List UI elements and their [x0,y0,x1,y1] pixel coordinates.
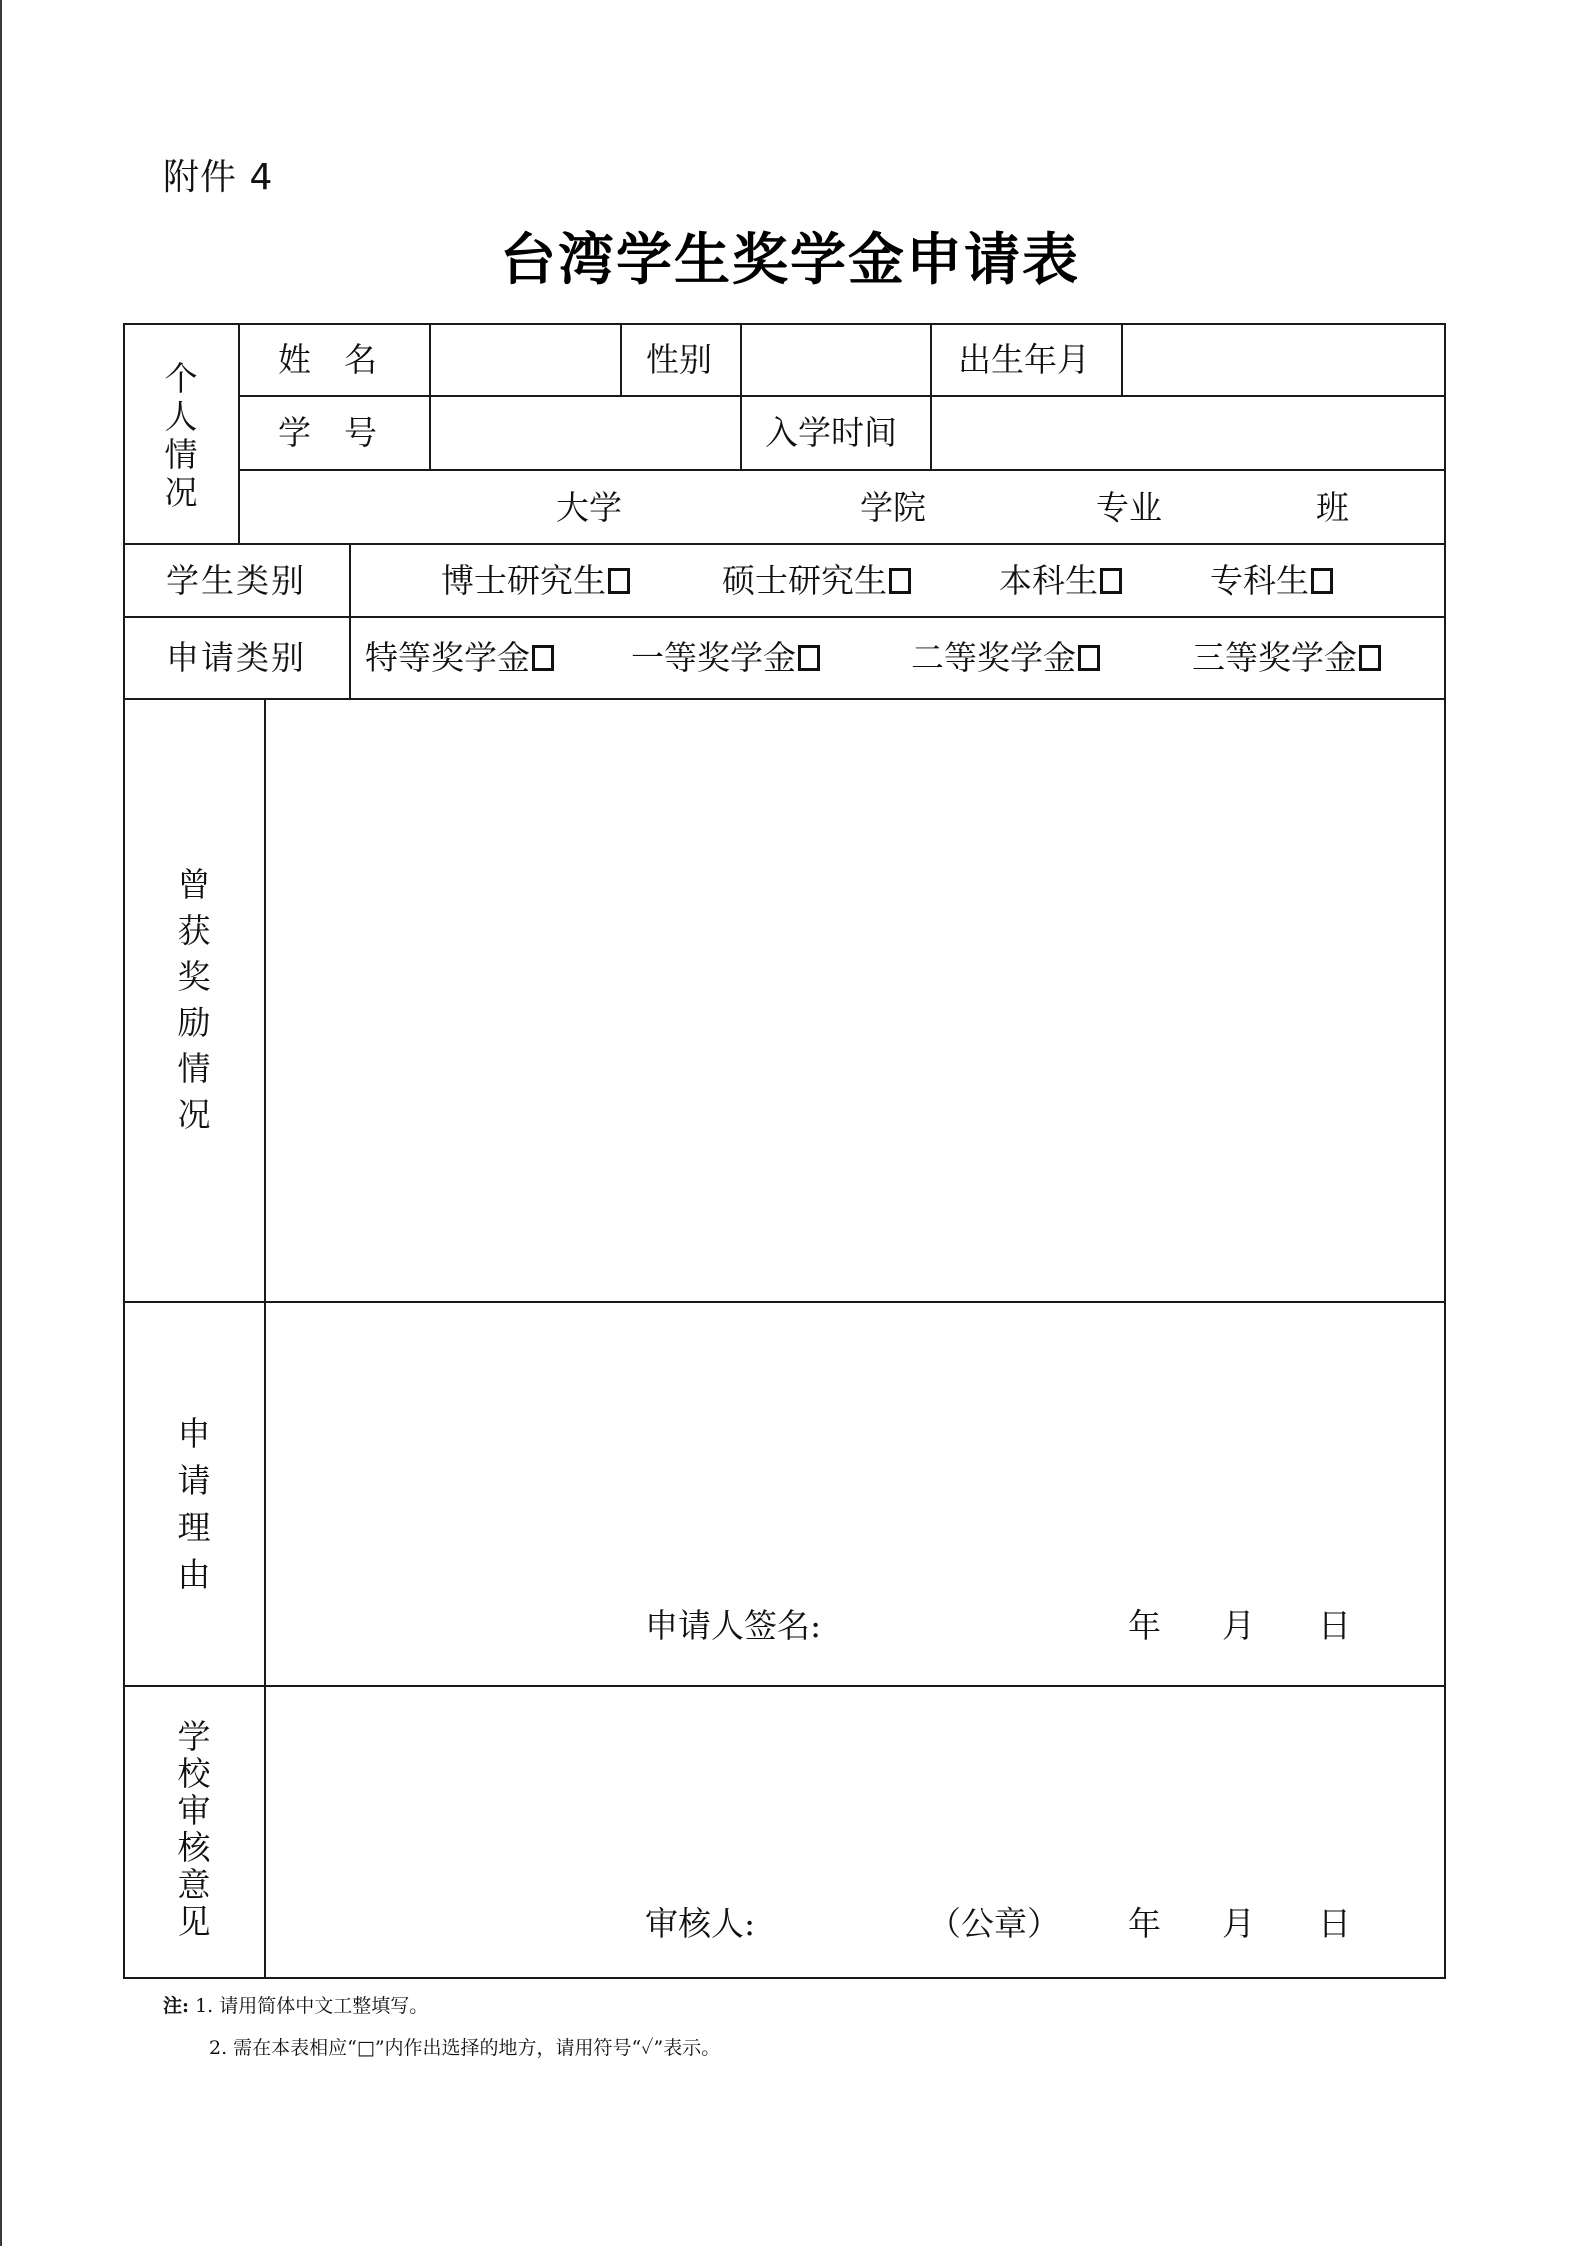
option-label: 硕士研究生 [722,561,887,601]
divider [123,616,1446,618]
label-char: 励 [174,1000,214,1046]
option-label: 本科生 [999,561,1098,601]
reviewer-label: 审核人: [645,1904,755,1944]
option-junior-college[interactable]: 专科生 [1210,561,1333,601]
birth-date-label: 出生年月 [958,340,1090,380]
label-char: 由 [174,1551,214,1598]
review-section-label: 学 校 审 核 意 见 [174,1718,214,1940]
enrollment-date-label: 入学时间 [765,413,897,453]
note-line-2: 2. 需在本表相应“□”内作出选择的地方，请用符号“✓”表示。 [209,2036,720,2060]
birth-date-field[interactable] [1123,325,1443,395]
label-char: 曾 [174,862,214,908]
university-suffix: 大学 [556,488,622,528]
student-category-label: 学生类别 [166,561,306,601]
review-month-label: 月 [1222,1904,1255,1944]
checkbox[interactable] [1078,645,1100,671]
reason-textarea[interactable] [266,1303,1443,1593]
option-first-scholarship[interactable]: 一等奖学金 [631,638,820,678]
label-char: 申 [174,1410,214,1457]
review-day-label: 日 [1318,1904,1351,1944]
label-char: 况 [174,1092,214,1138]
divider [620,323,622,397]
note-line-1: 注: 1. 请用简体中文工整填写。 [163,1994,428,2018]
application-category-label: 申请类别 [166,638,306,678]
note-item: 2. 需在本表相应“□”内作出选择的地方，请用符号“✓”表示。 [209,2037,720,2059]
page-title: 台湾学生奖学金申请表 [470,222,1110,298]
college-suffix: 学院 [860,488,926,528]
applicant-signature-label: 申请人签名: [645,1606,821,1646]
label-char: 获 [174,908,214,954]
awards-section-label: 曾 获 奖 励 情 况 [174,862,214,1138]
option-label: 一等奖学金 [631,638,796,678]
checkbox[interactable] [1359,645,1381,671]
option-label: 专科生 [1210,561,1309,601]
divider [349,543,351,698]
label-char: 意 [174,1866,214,1903]
option-undergraduate[interactable]: 本科生 [999,561,1122,601]
option-masters[interactable]: 硕士研究生 [722,561,911,601]
official-seal-label: （公章） [928,1904,1060,1944]
notes-prefix: 注: [163,1995,189,2017]
divider [123,543,1446,545]
option-label: 博士研究生 [441,561,606,601]
option-doctoral[interactable]: 博士研究生 [441,561,630,601]
reason-year-label: 年 [1128,1606,1161,1646]
student-id-field[interactable] [431,397,739,469]
awards-textarea[interactable] [266,700,1443,1301]
label-char: 奖 [174,954,214,1000]
label-char: 审 [174,1792,214,1829]
label-char: 情 [174,1046,214,1092]
checkbox[interactable] [1311,568,1333,594]
note-item: 1. 请用简体中文工整填写。 [195,1995,428,2017]
option-label: 三等奖学金 [1192,638,1357,678]
option-third-scholarship[interactable]: 三等奖学金 [1192,638,1381,678]
label-char: 学 [174,1718,214,1755]
option-second-scholarship[interactable]: 二等奖学金 [911,638,1100,678]
gender-field[interactable] [742,325,930,395]
name-field[interactable] [431,325,619,395]
checkbox[interactable] [798,645,820,671]
label-char: 人 [161,398,201,436]
checkbox[interactable] [608,568,630,594]
checkbox[interactable] [889,568,911,594]
review-textarea[interactable] [266,1687,1443,1887]
applicant-signature-field[interactable] [830,1600,1110,1650]
review-year-label: 年 [1128,1904,1161,1944]
reason-day-label: 日 [1318,1606,1351,1646]
personal-info-section-label: 个 人 情 况 [161,360,201,512]
checkbox[interactable] [1100,568,1122,594]
class-suffix: 班 [1316,488,1349,528]
affiliation-field[interactable] [240,471,1443,543]
scan-edge [0,0,2,2246]
checkbox[interactable] [532,645,554,671]
option-special-scholarship[interactable]: 特等奖学金 [365,638,554,678]
reason-month-label: 月 [1222,1606,1255,1646]
label-char: 请 [174,1457,214,1504]
enrollment-date-field[interactable] [932,397,1443,469]
label-char: 况 [161,474,201,512]
table-border-right [1444,323,1446,1979]
major-suffix: 专业 [1096,488,1162,528]
label-char: 校 [174,1755,214,1792]
label-char: 情 [161,436,201,474]
table-border-left [123,323,125,1979]
reviewer-field[interactable] [780,1898,930,1948]
name-label: 姓 名 [278,340,377,380]
label-char: 核 [174,1829,214,1866]
attachment-label: 附件 4 [163,156,273,200]
reason-section-label: 申 请 理 由 [174,1410,214,1598]
option-label: 特等奖学金 [365,638,530,678]
label-char: 个 [161,360,201,398]
gender-label: 性别 [646,340,712,380]
option-label: 二等奖学金 [911,638,1076,678]
label-char: 见 [174,1903,214,1940]
table-border-bottom [123,1977,1446,1979]
student-id-label: 学 号 [278,413,377,453]
label-char: 理 [174,1504,214,1551]
